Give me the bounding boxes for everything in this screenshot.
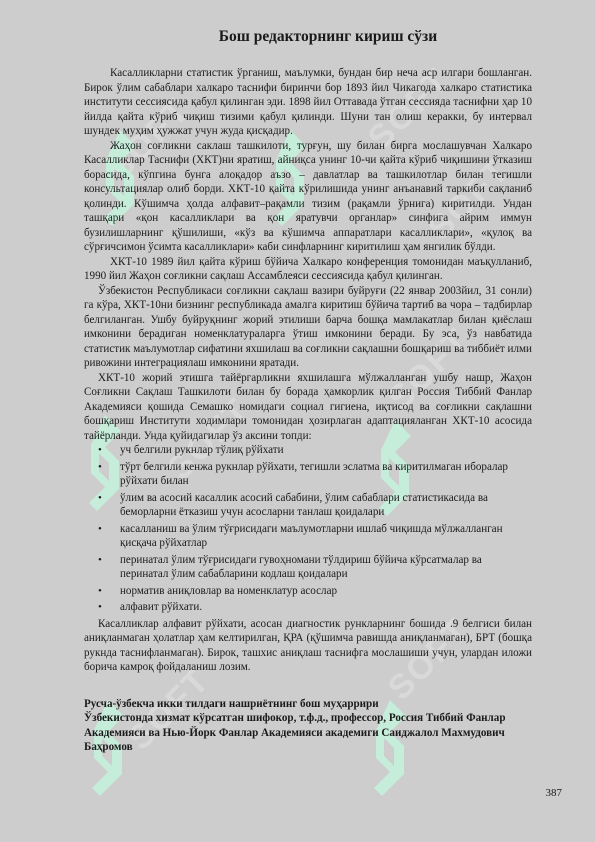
- bullet-list: уч белгили рукнлар тўлиқ рўйхати тўрт бе…: [84, 443, 532, 615]
- list-item: касалланиш ва ўлим тўғрисидаги маълумотл…: [106, 522, 532, 551]
- list-item: уч белгили рукнлар тўлиқ рўйхати: [106, 443, 532, 458]
- list-item: норматив аниқловлар ва номенклатур асосл…: [106, 584, 532, 599]
- editor-signature: Русча-ўзбекча икки тилдаги нашриётнинг б…: [84, 697, 532, 755]
- list-item: алфавит рўйхати.: [106, 600, 532, 615]
- page-title: Бош редакторнинг кириш сўзи: [84, 28, 532, 46]
- paragraph: ХКТ-10 1989 йил қайта кўриш бўйича Халка…: [84, 255, 532, 284]
- paragraph: Ўзбекистон Республикаси соғликни сақлаш …: [84, 284, 532, 371]
- paragraph: Касалликлар алфавит рўйхати, асосан диаг…: [84, 617, 532, 675]
- paragraph: Жаҳон соғликни саклаш ташкилоти, турғун,…: [84, 139, 532, 255]
- paragraph: Касалликларни статистик ўрганиш, маълумк…: [84, 66, 532, 139]
- list-item: тўрт белгили кенжа рукнлар рўйхати, теги…: [106, 460, 532, 489]
- document-content: Бош редакторнинг кириш сўзи Касалликларн…: [84, 28, 532, 755]
- signature-role: Русча-ўзбекча икки тилдаги нашриётнинг б…: [84, 697, 532, 712]
- paragraph: ХКТ-10 жорий этишга тайёргарликни яхшила…: [84, 371, 532, 444]
- list-item: перинатал ўлим тўғрисидаги гувоҳномани т…: [106, 553, 532, 582]
- page-number: 387: [546, 787, 563, 799]
- document-page: SOFT SOFT SOFT SOFT SOFT SOFT SOFT Бош р…: [0, 0, 595, 842]
- signature-credentials: Ўзбекистонда хизмат кўрсатган шифокор, т…: [84, 711, 532, 755]
- list-item: ўлим ва асосий касаллик асосий сабабини,…: [106, 491, 532, 520]
